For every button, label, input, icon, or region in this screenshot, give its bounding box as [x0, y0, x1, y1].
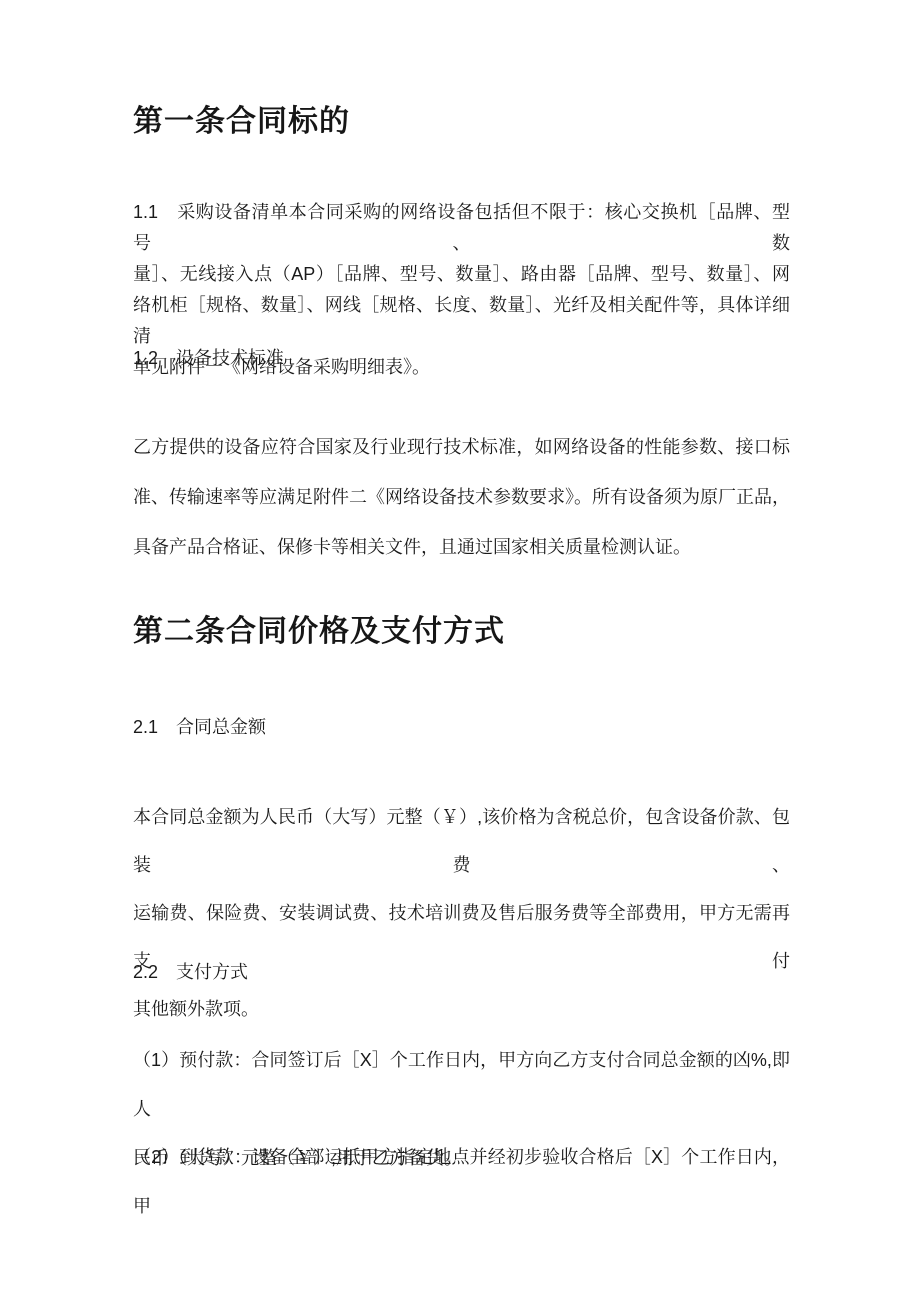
text-line: 具备产品合格证、保修卡等相关文件，且通过国家相关质量检测认证。	[133, 522, 790, 572]
text-line: （2）到货款：设备全部运抵甲方指定地点并经初步验收合格后［X］个工作日内，甲	[133, 1133, 790, 1231]
text-line: 准、传输速率等应满足附件二《网络设备技术参数要求》。所有设备须为原厂正品，	[133, 472, 790, 522]
clause-2-1-paragraph: 本合同总金额为人民币（大写）元整（￥）,该价格为含税总价，包含设备价款、包装费、…	[133, 793, 790, 1033]
clause-1-2-title: 1.2 设备技术标准	[133, 348, 790, 368]
article-2-title: 第二条合同价格及支付方式	[133, 612, 790, 652]
clause-1-2-paragraph: 乙方提供的设备应符合国家及行业现行技术标准，如网络设备的性能参数、接口标 准、传…	[133, 422, 790, 572]
payment-item-2-paragraph: （2）到货款：设备全部运抵甲方指定地点并经初步验收合格后［X］个工作日内，甲	[133, 1133, 790, 1231]
text-line: 本合同总金额为人民币（大写）元整（￥）,该价格为含税总价，包含设备价款、包装费、	[133, 793, 790, 889]
article-1-title: 第一条合同标的	[133, 102, 790, 142]
text-line: 络机柜［规格、数量］、网线［规格、长度、数量］、光纤及相关配件等，具体详细清	[133, 290, 790, 352]
clause-2-1-title: 2.1 合同总金额	[133, 717, 790, 737]
text-line: 1.1 采购设备清单本合同采购的网络设备包括但不限于：核心交换机［品牌、型号、数	[133, 197, 790, 259]
text-line: （1）预付款：合同签订后［X］个工作日内，甲方向乙方支付合同总金额的凶%,即人	[133, 1036, 790, 1134]
text-line: 量］、无线接入点（AP）［品牌、型号、数量］、路由器［品牌、型号、数量］、网	[133, 259, 790, 290]
text-line: 乙方提供的设备应符合国家及行业现行技术标准，如网络设备的性能参数、接口标	[133, 422, 790, 472]
contract-document-page: 第一条合同标的 1.1 采购设备清单本合同采购的网络设备包括但不限于：核心交换机…	[0, 0, 920, 1301]
text-line: 其他额外款项。	[133, 985, 790, 1033]
clause-2-2-title: 2.2 支付方式	[133, 962, 790, 982]
